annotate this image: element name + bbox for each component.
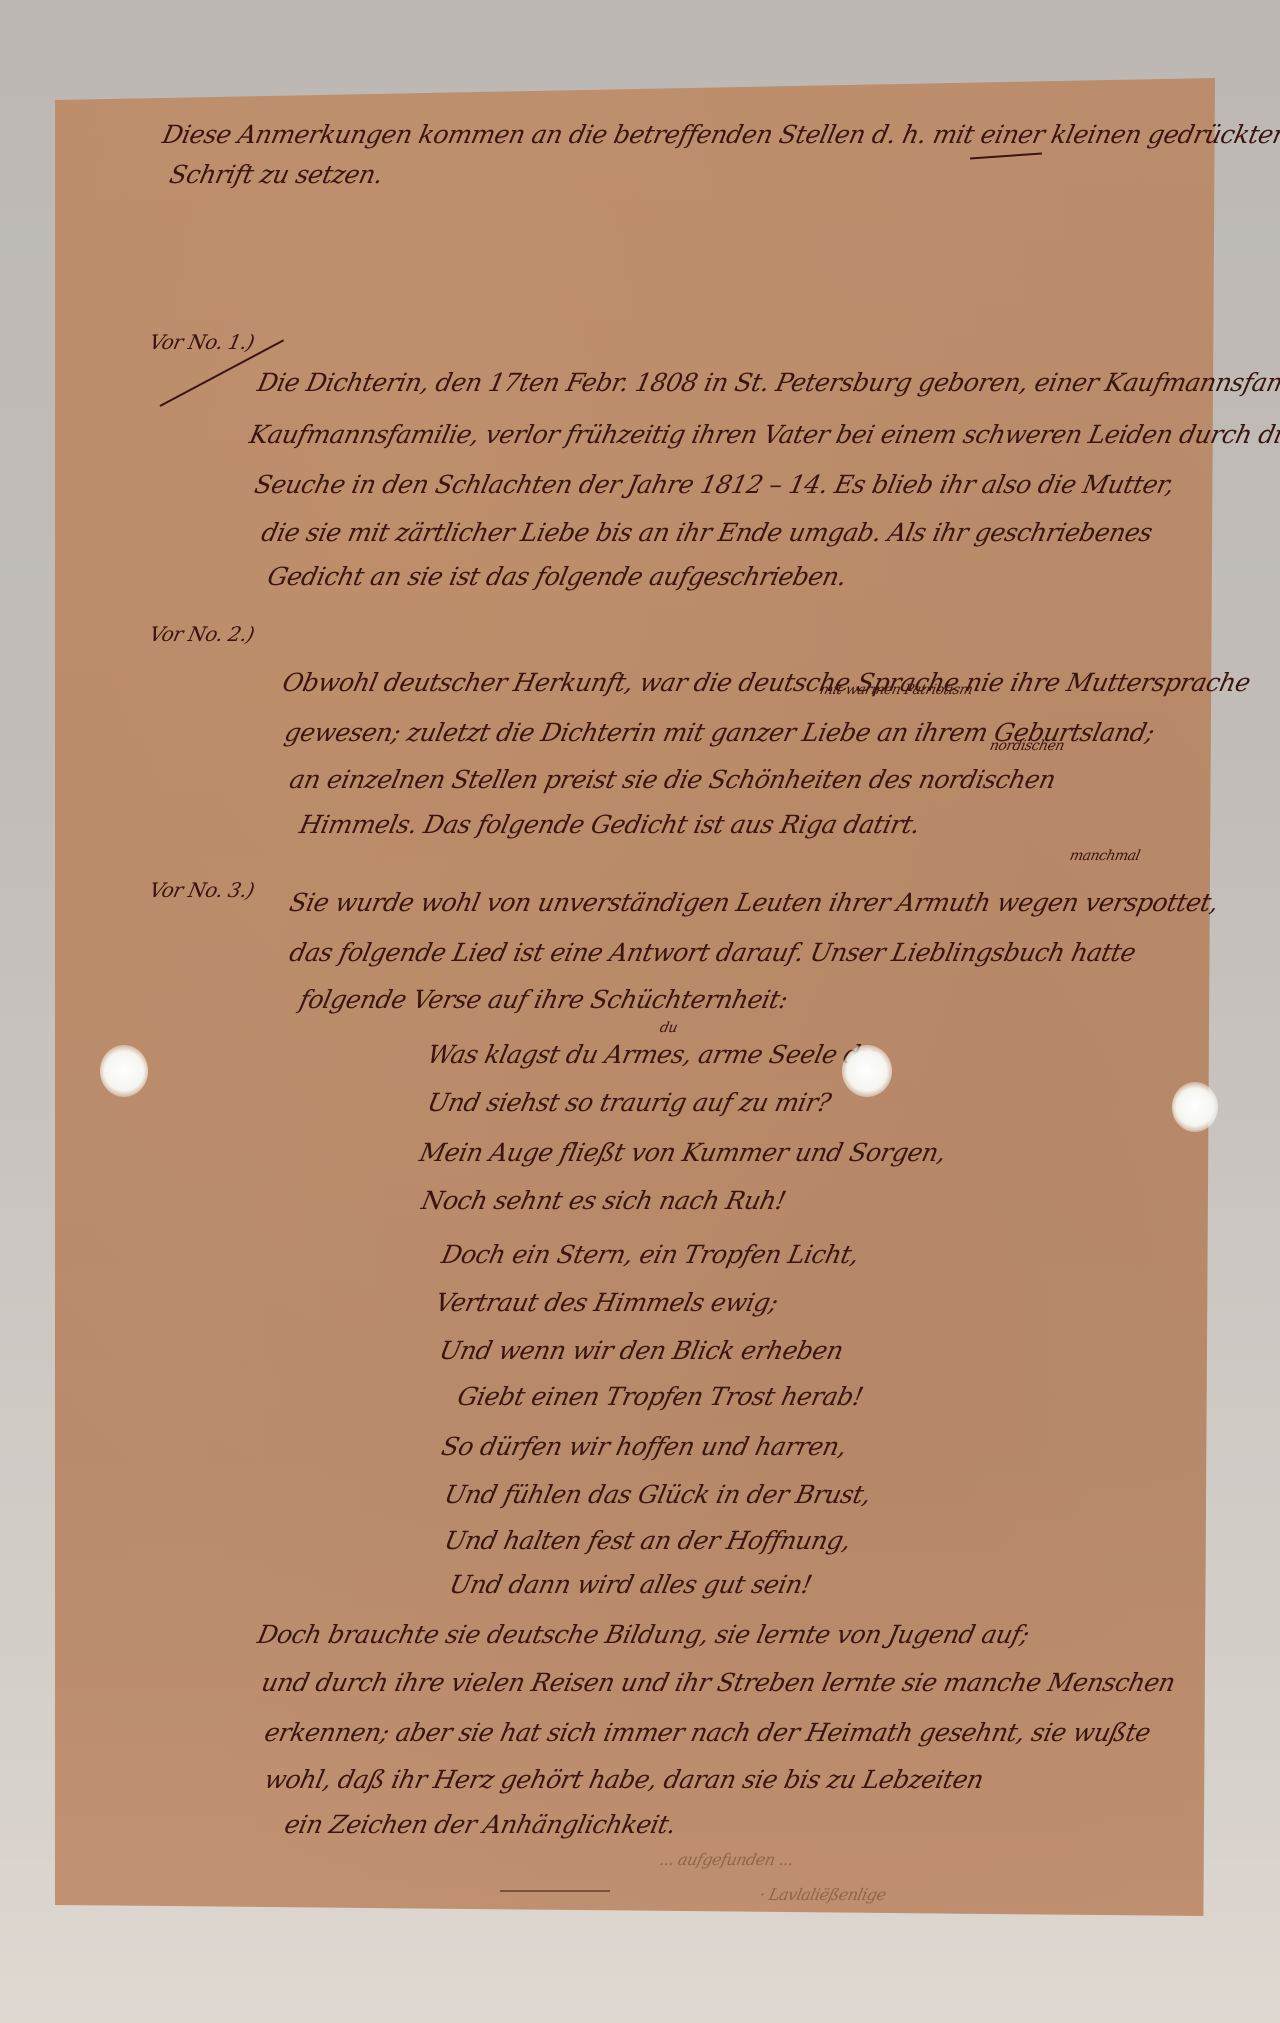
- faint-note-1: ... aufgefunden ...: [658, 1850, 795, 1869]
- verse-line-11: Und halten fest an der Hoffnung,: [442, 1526, 853, 1555]
- section-1-line-1: Die Dichterin, den 17ten Febr. 1808 in S…: [255, 368, 1280, 397]
- verse-line-10: Und fühlen das Glück in der Brust,: [442, 1480, 873, 1509]
- section-1-line-4: die sie mit zärtlicher Liebe bis an ihr …: [259, 518, 1155, 547]
- verse-line-9: So dürfen wir hoffen und harren,: [439, 1432, 849, 1461]
- verse-line-5: Doch ein Stern, ein Tropfen Licht,: [439, 1240, 861, 1269]
- intro-line-2: Schrift zu setzen.: [167, 160, 385, 189]
- verse-line-2: Und siehst so traurig auf zu mir?: [425, 1088, 834, 1117]
- section-1-line-2: Kaufmannsfamilie, verlor frühzeitig ihre…: [247, 420, 1280, 449]
- section-2-line-1: Obwohl deutscher Herkunft, war die deuts…: [280, 668, 1253, 697]
- pencil-stroke: [500, 1890, 610, 1892]
- glare-reflection-right: [1172, 1082, 1218, 1132]
- verse-line-12: Und dann wird alles gut sein!: [447, 1570, 814, 1599]
- closing-line-1: Doch brauchte sie deutsche Bildung, sie …: [255, 1620, 1032, 1649]
- glare-reflection-left: [100, 1045, 148, 1097]
- verse-line-8: Giebt einen Tropfen Trost herab!: [455, 1382, 866, 1411]
- closing-line-4: wohl, daß ihr Herz gehört habe, daran si…: [262, 1765, 986, 1794]
- section-3-line-1: Sie wurde wohl von unverständigen Leuten…: [287, 888, 1221, 917]
- closing-line-5: ein Zeichen der Anhänglichkeit.: [282, 1810, 679, 1839]
- section-1-line-5: Gedicht an sie ist das folgende aufgesch…: [265, 562, 849, 591]
- faint-note-2: · Lavlaliëßenlige: [758, 1885, 888, 1904]
- section-label-1: Vor No. 1.): [147, 330, 256, 354]
- closing-line-3: erkennen; aber sie hat sich immer nach d…: [262, 1718, 1153, 1747]
- closing-line-2: und durch ihre vielen Reisen und ihr Str…: [259, 1668, 1178, 1697]
- verse-line-3: Mein Auge fließt von Kummer und Sorgen,: [417, 1138, 948, 1167]
- section-label-3: Vor No. 3.): [147, 878, 256, 902]
- section-label-2: Vor No. 2.): [147, 622, 256, 646]
- insertion-text: manchmal: [1068, 848, 1141, 864]
- section-2-line-4: Himmels. Das folgende Gedicht ist aus Ri…: [297, 810, 923, 839]
- verse-line-1: Was klagst du Armes, arme Seele du,: [425, 1040, 886, 1069]
- section-3-line-3: folgende Verse auf ihre Schüchternheit:: [297, 985, 790, 1014]
- section-3-line-2: das folgende Lied ist eine Antwort darau…: [287, 938, 1138, 967]
- section-1-line-3: Seuche in den Schlachten der Jahre 1812 …: [252, 470, 1177, 499]
- verse-line-6: Vertraut des Himmels ewig;: [433, 1288, 781, 1317]
- insertion-text: nordischen: [988, 738, 1065, 754]
- glare-reflection-center: [842, 1045, 892, 1097]
- intro-line-1: Diese Anmerkungen kommen an die betreffe…: [160, 120, 1280, 149]
- verse-line-7: Und wenn wir den Blick erheben: [437, 1336, 846, 1365]
- verse-line-4: Noch sehnt es sich nach Ruh!: [419, 1186, 789, 1215]
- section-2-line-3: an einzelnen Stellen preist sie die Schö…: [287, 765, 1058, 794]
- verse-insertion: du: [658, 1020, 678, 1036]
